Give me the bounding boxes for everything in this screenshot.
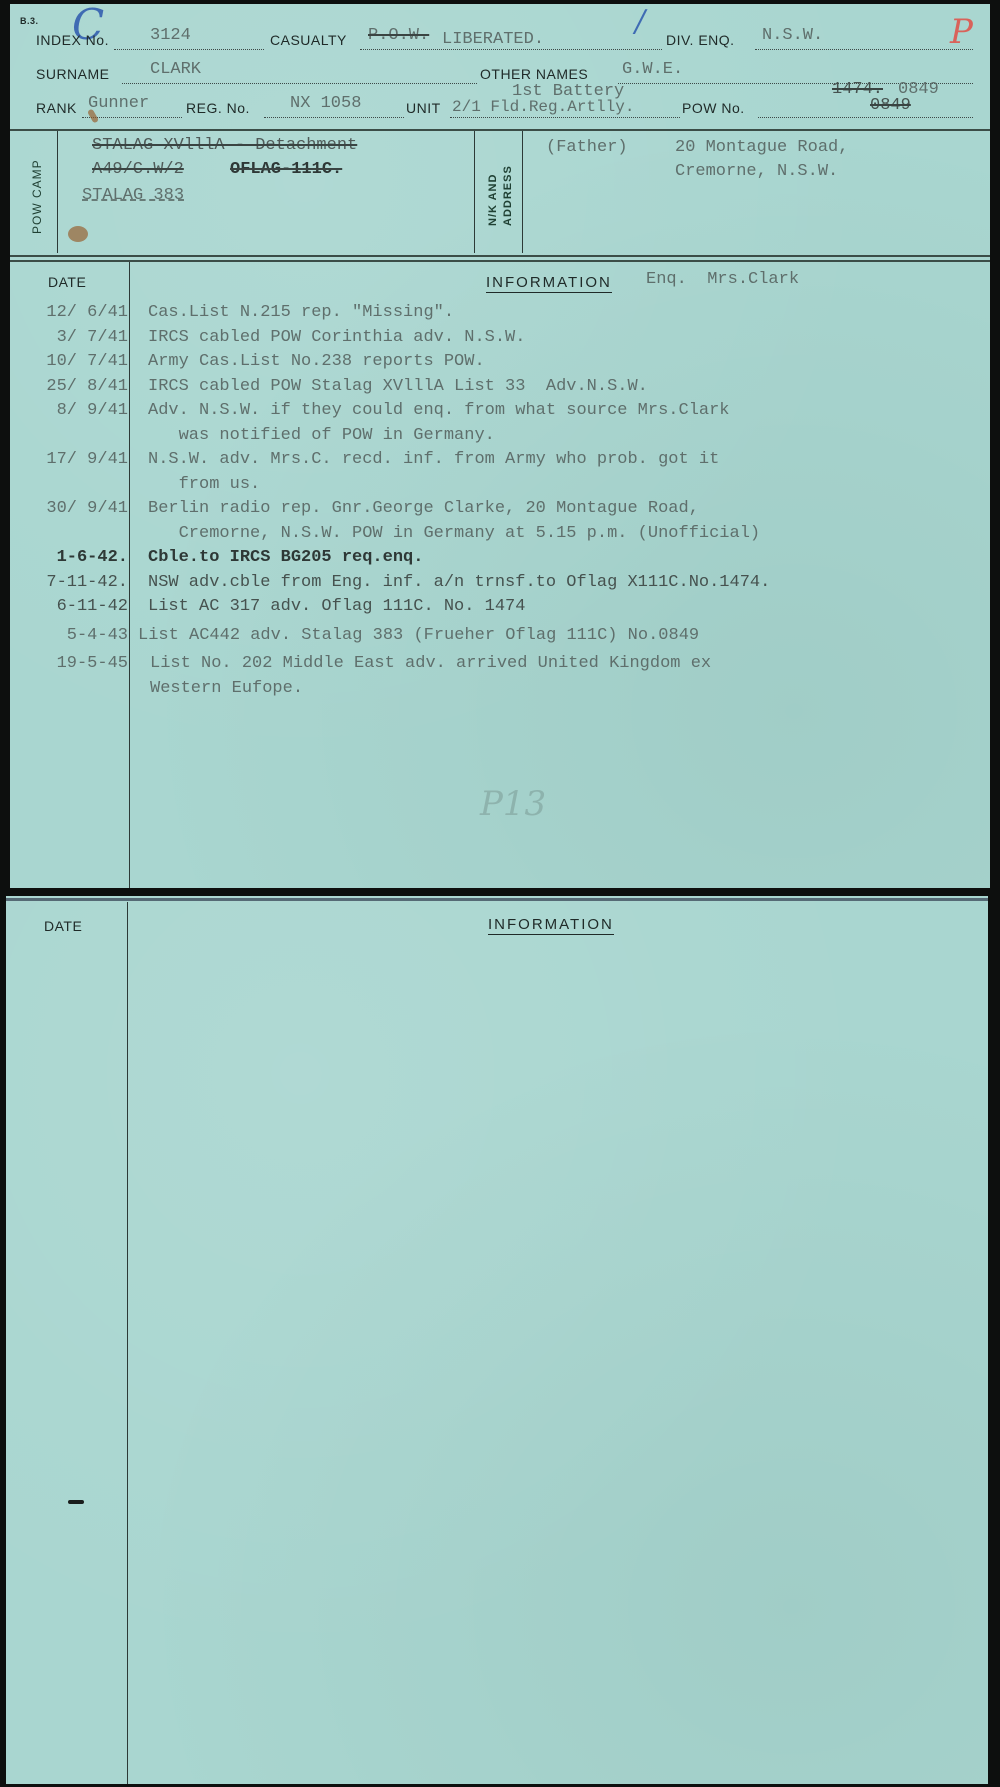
reg-no-label: REG. No. — [186, 100, 250, 116]
index-no-label: INDEX No. — [36, 32, 109, 48]
nk-address-line1: 20 Montague Road, — [675, 138, 848, 157]
nk-relation: (Father) — [546, 138, 628, 157]
log-entry-date: 25/ 8/41 — [10, 377, 128, 396]
log-entry-text: Cremorne, N.S.W. POW in Germany at 5.15 … — [148, 524, 760, 543]
date-column-header: DATE — [48, 274, 86, 290]
other-names-value: G.W.E. — [622, 60, 683, 79]
log-entry-text: from us. — [148, 475, 260, 494]
nk-address-line2: Cremorne, N.S.W. — [675, 162, 838, 181]
index-no-value: 3124 — [150, 26, 191, 45]
log-entry-date: 10/ 7/41 — [10, 352, 128, 371]
pow-camp-entry-1: STALAG XVlllA - Detachment — [92, 136, 357, 155]
log-entry-date: 17/ 9/41 — [10, 450, 128, 469]
unit-value-line2: 2/1 Fld.Reg.Artlly. — [452, 98, 634, 116]
log-entry-text: was notified of POW in Germany. — [148, 426, 495, 445]
log-entry-date: 19-5-45 — [10, 654, 128, 673]
log-entry-date: 6-11-42 — [10, 597, 128, 616]
pow-camp-entry-2: A49/C.W/2 — [92, 160, 184, 179]
back-information-column-header: INFORMATION — [488, 916, 614, 935]
log-entry-date: 3/ 7/41 — [10, 328, 128, 347]
log-entry-text: Berlin radio rep. Gnr.George Clarke, 20 … — [148, 499, 699, 518]
blue-pencil-tick: / — [635, 4, 645, 39]
back-date-column-header: DATE — [44, 918, 82, 934]
reg-no-value: NX 1058 — [290, 94, 361, 113]
div-enq-label: DIV. ENQ. — [666, 32, 735, 48]
log-entry-text: List AC442 adv. Stalag 383 (Frueher Ofla… — [138, 626, 699, 645]
rust-stain — [68, 226, 88, 242]
pow-no-label: POW No. — [682, 100, 745, 116]
pow-camp-entry-4: STALAG 383 — [82, 186, 184, 205]
div-enq-value: N.S.W. — [762, 26, 823, 45]
log-entry-date: 7-11-42. — [10, 573, 128, 592]
record-card-back: DATE INFORMATION — [6, 896, 988, 1784]
enquirer-note: Enq. Mrs.Clark — [646, 270, 799, 289]
other-names-label: OTHER NAMES — [480, 66, 588, 82]
record-card-front: B.3. C / P INDEX No. 3124 CASUALTY P.O.W… — [10, 4, 990, 888]
log-entry-text: List AC 317 adv. Oflag 111C. No. 1474 — [148, 597, 525, 616]
unit-label: UNIT — [406, 100, 441, 116]
nk-label-line2: ADDRESS — [501, 165, 515, 226]
surname-label: SURNAME — [36, 66, 110, 82]
nk-label-line1: N/K AND — [486, 174, 500, 226]
puncture-mark — [68, 1500, 84, 1504]
log-entry-text: Cble.to IRCS BG205 req.enq. — [148, 548, 423, 567]
log-entry-date: 8/ 9/41 — [10, 401, 128, 420]
casualty-struck-value: P.O.W. — [368, 26, 429, 45]
casualty-value: LIBERATED. — [442, 30, 544, 49]
log-entry-text: N.S.W. adv. Mrs.C. recd. inf. from Army … — [148, 450, 719, 469]
rank-value: Gunner — [88, 94, 149, 113]
form-code: B.3. — [20, 16, 39, 26]
red-pencil-initial: P — [950, 12, 973, 52]
log-entry-date: 5-4-43 — [10, 626, 128, 645]
log-entry-date: 1-6-42. — [10, 548, 128, 567]
log-entry-text: Cas.List N.215 rep. "Missing". — [148, 303, 454, 322]
pow-camp-entry-3: OFLAG-111C. — [230, 160, 342, 179]
log-entry-text: Adv. N.S.W. if they could enq. from what… — [148, 401, 730, 420]
pow-camp-label: POW CAMP — [30, 159, 44, 234]
log-entry-text: IRCS cabled POW Corinthia adv. N.S.W. — [148, 328, 525, 347]
surname-value: CLARK — [150, 60, 201, 79]
casualty-label: CASUALTY — [270, 32, 347, 48]
log-entry-text: Army Cas.List No.238 reports POW. — [148, 352, 485, 371]
log-entry-text: NSW adv.cble from Eng. inf. a/n trnsf.to… — [148, 573, 770, 592]
log-entry-text: Western Eufope. — [150, 679, 303, 698]
rank-label: RANK — [36, 100, 77, 116]
information-column-header: INFORMATION — [486, 274, 612, 293]
pow-no-struck-2: 0849 — [870, 96, 911, 115]
pencil-note: P13 — [480, 784, 546, 824]
log-entry-text: List No. 202 Middle East adv. arrived Un… — [150, 654, 711, 673]
log-entry-date: 12/ 6/41 — [10, 303, 128, 322]
log-entry-text: IRCS cabled POW Stalag XVlllA List 33 Ad… — [148, 377, 648, 396]
log-entry-date: 30/ 9/41 — [10, 499, 128, 518]
